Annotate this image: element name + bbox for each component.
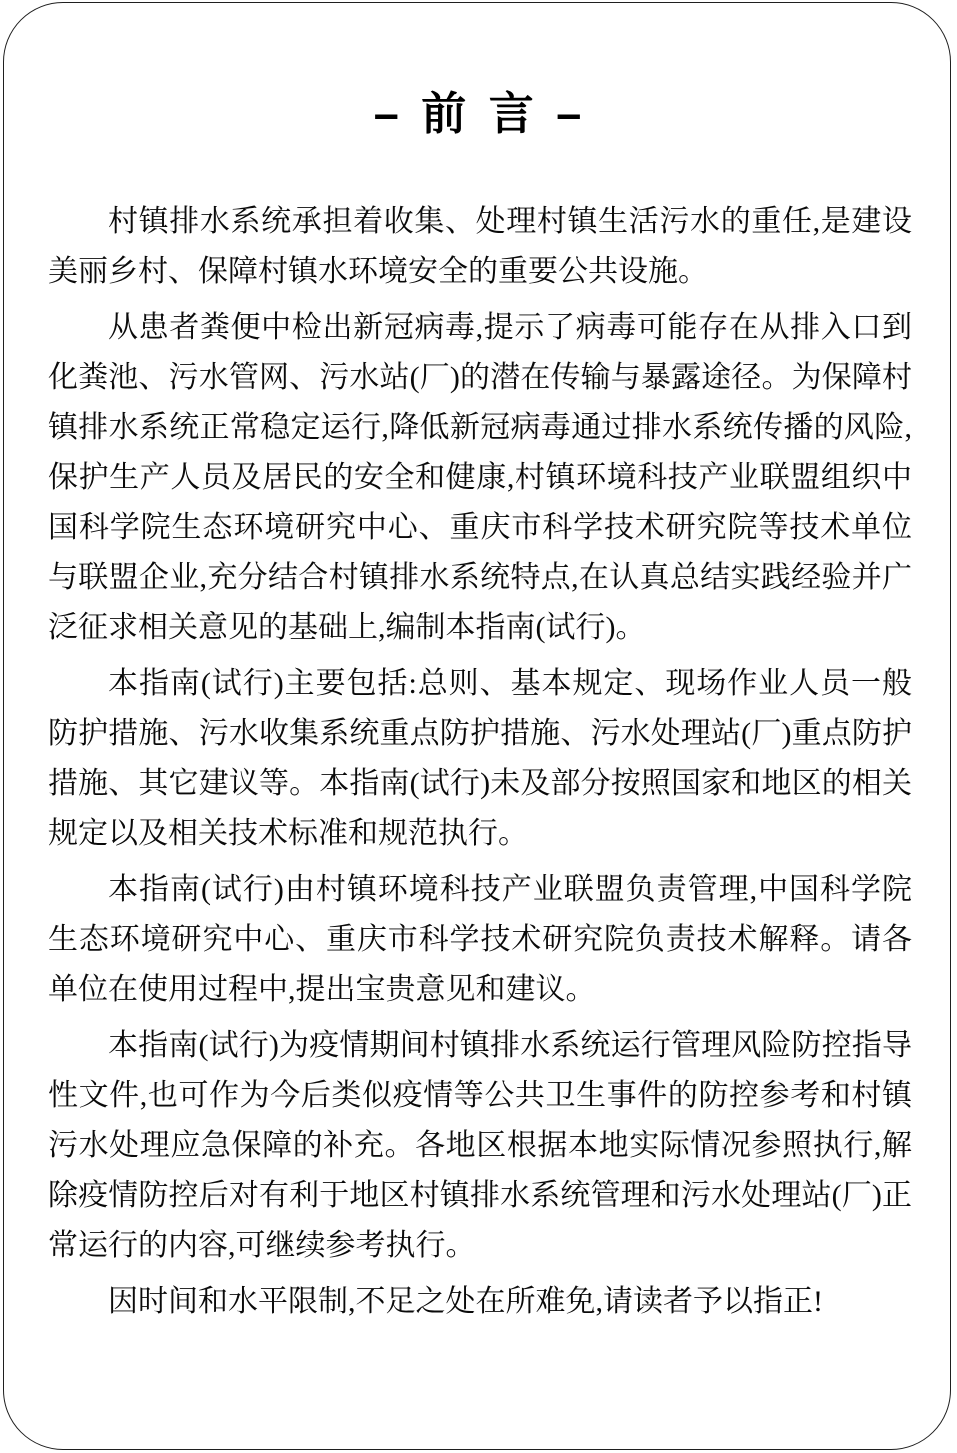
- preface-body: 村镇排水系统承担着收集、处理村镇生活污水的重任,是建设美丽乡村、保障村镇水环境安…: [48, 197, 912, 1327]
- paragraph-3: 本指南(试行)主要包括:总则、基本规定、现场作业人员一般防护措施、污水收集系统重…: [48, 659, 912, 859]
- paragraph-5: 本指南(试行)为疫情期间村镇排水系统运行管理风险防控指导性文件,也可作为今后类似…: [48, 1021, 912, 1271]
- paragraph-6: 因时间和水平限制,不足之处在所难免,请读者予以指正!: [48, 1277, 912, 1327]
- document-page-frame: – 前 言 – 村镇排水系统承担着收集、处理村镇生活污水的重任,是建设美丽乡村、…: [3, 2, 951, 1450]
- paragraph-4: 本指南(试行)由村镇环境科技产业联盟负责管理,中国科学院生态环境研究中心、重庆市…: [48, 865, 912, 1015]
- paragraph-1: 村镇排水系统承担着收集、处理村镇生活污水的重任,是建设美丽乡村、保障村镇水环境安…: [48, 197, 912, 297]
- paragraph-2: 从患者粪便中检出新冠病毒,提示了病毒可能存在从排入口到化粪池、污水管网、污水站(…: [48, 303, 912, 653]
- preface-title: – 前 言 –: [48, 89, 912, 139]
